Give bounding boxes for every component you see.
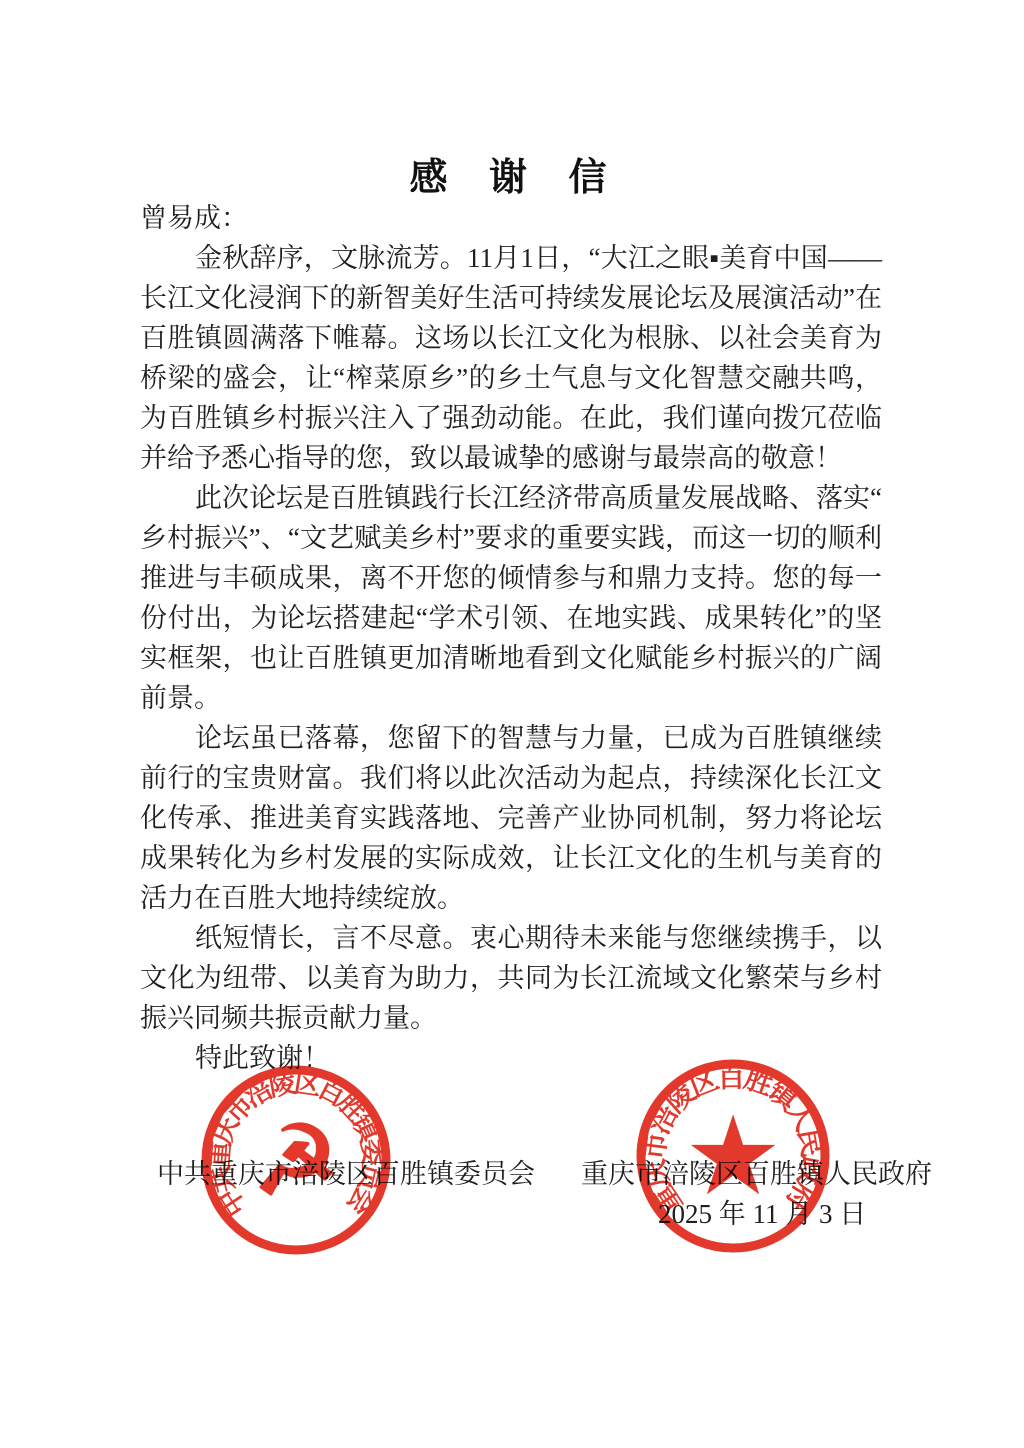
seal-ring-text: 中共重庆市涪陵区百胜镇委员会: [204, 1067, 389, 1221]
letter-page: 感 谢 信 曾易成： 金秋辞序，文脉流芳。11月1日，“大江之眼▪美育中国——长…: [0, 0, 1024, 1448]
salutation: 曾易成：: [140, 198, 882, 238]
body-paragraph-2: 此次论坛是百胜镇践行长江经济带高质量发展战略、落实“乡村振兴”、“文艺赋美乡村”…: [140, 478, 882, 718]
closing-line: 特此致谢！: [140, 1038, 882, 1078]
body-paragraph-1: 金秋辞序，文脉流芳。11月1日，“大江之眼▪美育中国——长江文化浸润下的新智美好…: [140, 238, 882, 478]
body-paragraph-4: 纸短情长，言不尽意。衷心期待未来能与您继续携手，以文化为纽带、以美育为助力，共同…: [140, 918, 882, 1038]
signature-government: 重庆市涪陵区百胜镇人民政府: [581, 1152, 932, 1191]
signature-party-committee: 中共重庆市涪陵区百胜镇委员会: [157, 1152, 535, 1191]
page-title: 感 谢 信: [0, 146, 1024, 201]
letter-body: 曾易成： 金秋辞序，文脉流芳。11月1日，“大江之眼▪美育中国——长江文化浸润下…: [140, 198, 882, 1078]
signature-date: 2025 年 11 月 3 日: [658, 1192, 866, 1231]
body-paragraph-3: 论坛虽已落幕，您留下的智慧与力量，已成为百胜镇继续前行的宝贵财富。我们将以此次活…: [140, 718, 882, 918]
